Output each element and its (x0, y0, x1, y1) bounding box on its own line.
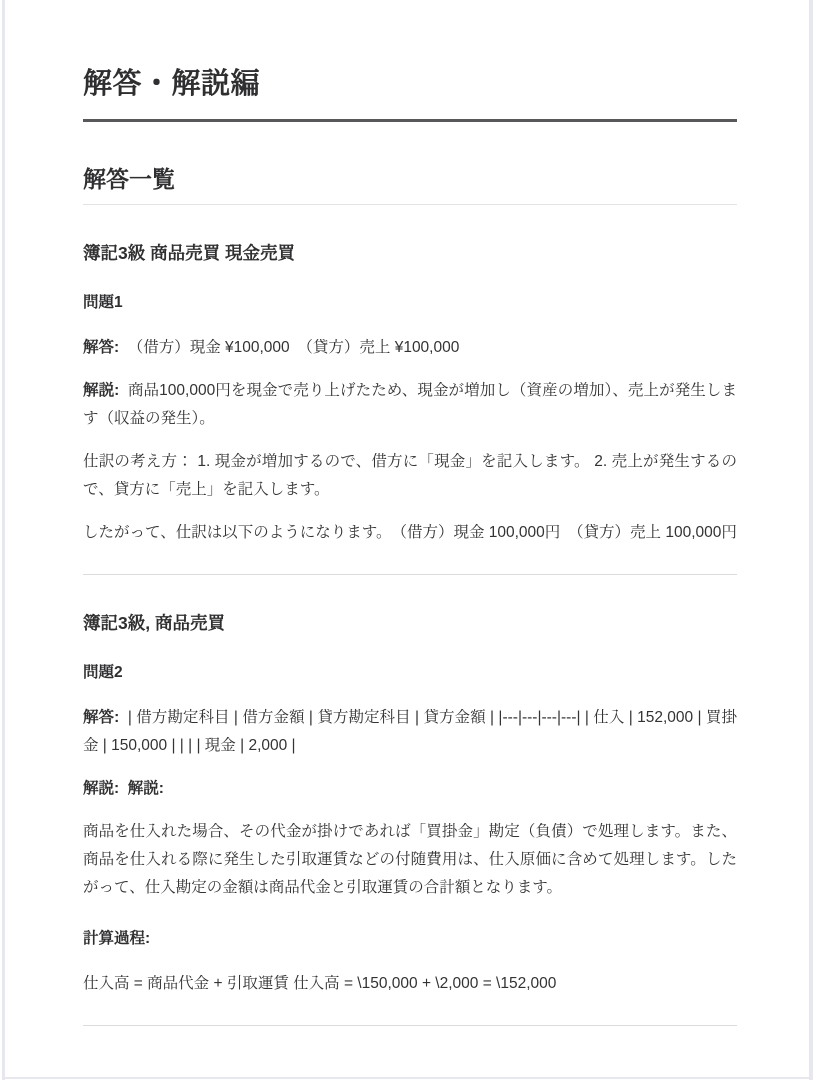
section2-explanation-label: 解説: (83, 780, 119, 797)
section1-answer-label: 解答: (83, 339, 119, 356)
problem-section-1: 簿記3級 商品売買 現金売買 問題1 解答:（借方）現金 ¥100,000 （貸… (83, 240, 737, 575)
answer-list-heading: 解答一覧 (83, 164, 737, 205)
page-edge-left (2, 0, 5, 1080)
section2-calc-label: 計算過程: (83, 926, 737, 952)
section2-explanation-sublabel: 解説: (128, 780, 164, 797)
page-edge-bottom (2, 1077, 813, 1079)
section1-heading: 簿記3級 商品売買 現金売買 (83, 240, 737, 266)
section1-explanation-paragraph: 解説:商品100,000円を現金で売り上げたため、現金が増加し（資産の増加）、売… (83, 377, 737, 433)
section2-problem-label: 問題2 (83, 660, 737, 686)
document-viewer: { "page": { "title": "解答・解説編", "subtitle… (0, 0, 817, 1080)
document-content: 解答・解説編 解答一覧 簿記3級 商品売買 現金売買 問題1 解答:（借方）現金… (83, 0, 737, 1026)
page-title: 解答・解説編 (83, 64, 737, 122)
problem-section-2: 簿記3級, 商品売買 問題2 解答:| 借方勘定科目 | 借方金額 | 貸方勘定… (83, 610, 737, 1026)
section-divider-1 (83, 574, 737, 575)
section1-conclusion-paragraph: したがって、仕訳は以下のようになります。 （借方）現金 100,000円 （貸方… (83, 519, 737, 547)
section2-explanation-label-paragraph: 解説:解説: (83, 775, 737, 803)
section1-answer-text: （借方）現金 ¥100,000 （貸方）売上 ¥100,000 (128, 339, 460, 356)
page-edge-right (809, 0, 813, 1080)
section1-problem-label: 問題1 (83, 290, 737, 316)
section2-explanation-paragraph: 商品を仕入れた場合、その代金が掛けであれば「買掛金」勘定（負債）で処理します。ま… (83, 818, 737, 902)
section1-explanation-text: 商品100,000円を現金で売り上げたため、現金が増加し（資産の増加）、売上が発… (83, 382, 737, 427)
section-divider-2 (83, 1025, 737, 1026)
section1-answer-paragraph: 解答:（借方）現金 ¥100,000 （貸方）売上 ¥100,000 (83, 334, 737, 362)
section2-answer-paragraph: 解答:| 借方勘定科目 | 借方金額 | 貸方勘定科目 | 貸方金額 | |--… (83, 704, 737, 760)
section2-answer-text: | 借方勘定科目 | 借方金額 | 貸方勘定科目 | 貸方金額 | |---|-… (83, 709, 737, 754)
section2-answer-label: 解答: (83, 709, 119, 726)
section1-step-paragraph: 仕訳の考え方： 1. 現金が増加するので、借方に「現金」を記入します。 2. 売… (83, 448, 737, 504)
section1-explanation-label: 解説: (83, 382, 119, 399)
section2-calc-paragraph: 仕入高 = 商品代金 + 引取運賃 仕入高 = \150,000 + \2,00… (83, 970, 737, 998)
section2-heading: 簿記3級, 商品売買 (83, 610, 737, 636)
